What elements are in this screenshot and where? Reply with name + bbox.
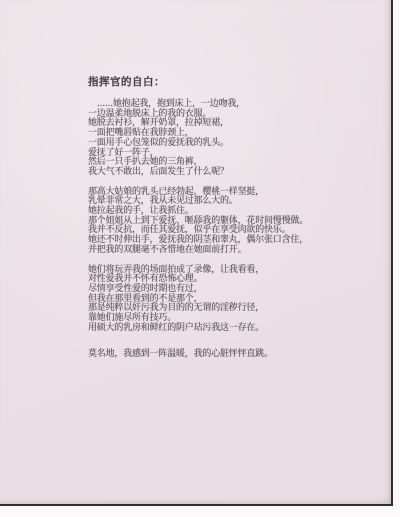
- page-title: 指挥官的自白：: [88, 74, 338, 89]
- paragraph-4: 莫名地，我感到一阵温暖，我的心脏怦怦直跳。: [88, 350, 338, 360]
- paragraph-2: 那高大姑娘的乳头已经勃起，樱桃一样坚挺， 乳晕非常之大，我从未见过那么大的。 她…: [88, 188, 338, 256]
- text-block: 指挥官的自白： ......她抱起我，抱到床上，一边吻我， 一边温柔地脱床上的我…: [88, 74, 338, 370]
- text-line: 我大气不敢出，后面发生了什么呢？: [88, 168, 338, 178]
- paragraph-1: ......她抱起我，抱到床上，一边吻我， 一边温柔地脱床上的我的衣服。 她脱去…: [88, 100, 338, 178]
- text-line: 并把我的双腿毫不吝惜地在她面前打开。: [88, 246, 338, 256]
- book-page-scan: 指挥官的自白： ......她抱起我，抱到床上，一边吻我， 一边温柔地脱床上的我…: [0, 0, 400, 517]
- text-line: 用硕大的乳房和鲜红的阴户玷污我这一存在。: [88, 324, 338, 334]
- text-line: 莫名地，我感到一阵温暖，我的心脏怦怦直跳。: [88, 350, 338, 360]
- paragraph-3: 她们将玩弄我的场面拍成了录像，让我看看， 对性爱我并不怀有恐怖心理。 尽情享受性…: [88, 266, 338, 334]
- document-page: 指挥官的自白： ......她抱起我，抱到床上，一边吻我， 一边温柔地脱床上的我…: [0, 0, 393, 506]
